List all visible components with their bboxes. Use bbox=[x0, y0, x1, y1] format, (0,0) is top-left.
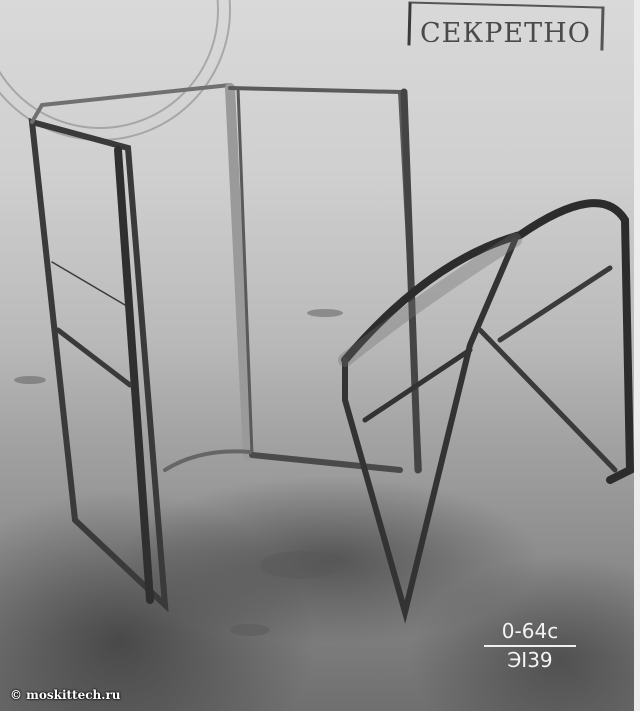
photo-border bbox=[634, 0, 640, 711]
note-divider bbox=[484, 645, 576, 647]
canopy-frames-drawing bbox=[0, 0, 640, 711]
left-frame bbox=[32, 85, 230, 605]
archive-number-line1: 0-64с bbox=[484, 620, 576, 643]
archive-number-line2: ЭI39 bbox=[484, 649, 576, 672]
copyright-watermark: © moskittech.ru bbox=[10, 688, 120, 702]
floor-stains bbox=[14, 309, 343, 636]
curved-canopy bbox=[345, 203, 630, 612]
archive-number-note: 0-64с ЭI39 bbox=[484, 620, 576, 672]
archival-photo: СЕКРЕТНО 0-64с ЭI39 © moskittech.ru bbox=[0, 0, 640, 711]
center-frame bbox=[165, 88, 420, 470]
